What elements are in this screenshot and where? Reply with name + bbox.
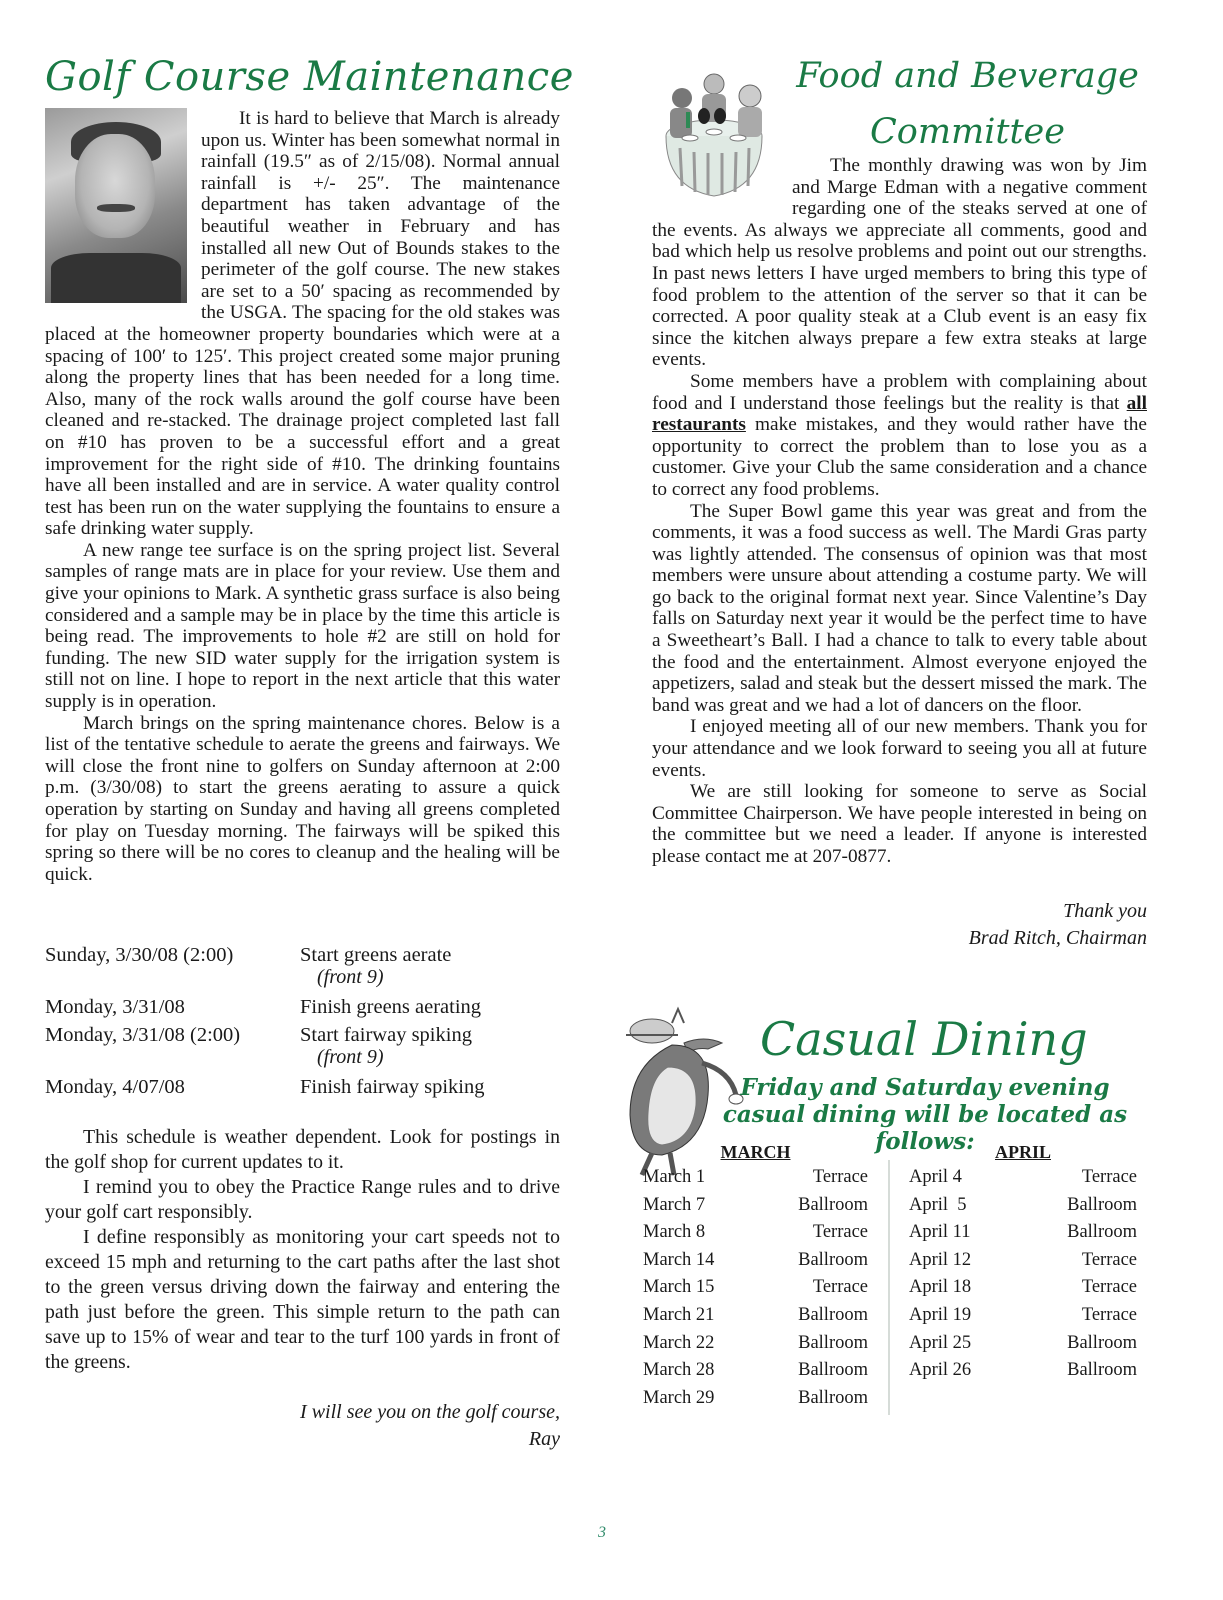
dining-row: March 22Ballroom [643,1330,868,1358]
dining-row: March 8Terrace [643,1219,868,1247]
golf-paragraph: March brings on the spring maintenance c… [45,713,560,886]
golf-closing-paragraph: This schedule is weather dependent. Look… [45,1125,560,1175]
schedule-note: (front 9) [300,1046,560,1068]
golf-maintenance-title: Golf Course Maintenance [45,54,574,100]
page-number: 3 [598,1524,606,1542]
schedule-row: Monday, 3/31/08 Finish greens aerating [45,996,560,1018]
food-beverage-title-line: Food and Beverage [796,56,1139,96]
dining-row: April 11Ballroom [909,1219,1137,1247]
column-divider [888,1160,890,1415]
casual-dining-title: Casual Dining [760,1012,1088,1066]
march-dining-schedule: MARCH March 1Terrace March 7Ballroom Mar… [643,1140,868,1412]
schedule-task: Finish fairway spiking [300,1076,485,1098]
dining-row: April 12Terrace [909,1247,1137,1275]
golf-signoff-line: I will see you on the golf course, [45,1399,560,1426]
dining-row: April 4Terrace [909,1164,1137,1192]
superintendent-photo [45,108,187,303]
fb-paragraph: Some members have a problem with complai… [652,371,1147,501]
schedule-task: Finish greens aerating [300,996,481,1018]
dining-row: March 15Terrace [643,1274,868,1302]
fb-signoff-line: Thank you [652,898,1147,925]
golf-closing-paragraph: I define responsibly as monitoring your … [45,1225,560,1375]
dining-row: April 5Ballroom [909,1192,1137,1220]
schedule-task: Start fairway spiking [300,1024,472,1046]
golf-signoff-name: Ray [45,1426,560,1453]
aeration-schedule: Sunday, 3/30/08 (2:00) Start greens aera… [45,944,560,1098]
fb-paragraph: I enjoyed meeting all of our new members… [652,716,1147,781]
fb-signoff-name: Brad Ritch, Chairman [652,925,1147,952]
dining-row: April 26Ballroom [909,1357,1137,1385]
golf-maintenance-article: It is hard to believe that March is alre… [45,108,560,885]
dining-row: March 1Terrace [643,1164,868,1192]
dining-row: March 21Ballroom [643,1302,868,1330]
fb-signoff: Thank you Brad Ritch, Chairman [652,898,1147,952]
food-beverage-title: Food and Beverage Committee [790,48,1145,160]
april-dining-schedule: APRIL April 4Terrace April 5Ballroom Apr… [909,1140,1137,1385]
dining-row: March 28Ballroom [643,1357,868,1385]
food-beverage-title-line: Committee [870,112,1065,152]
schedule-date: Monday, 3/31/08 (2:00) [45,1024,300,1068]
schedule-task: Start greens aerate [300,944,451,966]
golf-signoff: I will see you on the golf course, Ray [45,1399,560,1453]
dining-row: April 18Terrace [909,1274,1137,1302]
dining-row: April 19Terrace [909,1302,1137,1330]
golf-closing-text: This schedule is weather dependent. Look… [45,1125,560,1375]
schedule-date: Monday, 3/31/08 [45,996,300,1018]
food-beverage-article: The monthly drawing was won by Jim and M… [652,155,1147,868]
golf-paragraph: A new range tee surface is on the spring… [45,540,560,713]
dining-row: April 25Ballroom [909,1330,1137,1358]
schedule-date: Monday, 4/07/08 [45,1076,300,1098]
dining-row: March 14Ballroom [643,1247,868,1275]
schedule-row: Monday, 3/31/08 (2:00) Start fairway spi… [45,1024,560,1068]
golf-closing-paragraph: I remind you to obey the Practice Range … [45,1175,560,1225]
fb-paragraph: We are still looking for someone to serv… [652,781,1147,867]
dining-row: March 29Ballroom [643,1385,868,1413]
schedule-date: Sunday, 3/30/08 (2:00) [45,944,300,988]
schedule-row: Monday, 4/07/08 Finish fairway spiking [45,1076,560,1098]
schedule-note: (front 9) [300,966,560,988]
dining-row: March 7Ballroom [643,1192,868,1220]
fb-paragraph: The Super Bowl game this year was great … [652,501,1147,717]
schedule-row: Sunday, 3/30/08 (2:00) Start greens aera… [45,944,560,988]
april-header: APRIL [909,1140,1137,1164]
march-header: MARCH [643,1140,868,1164]
